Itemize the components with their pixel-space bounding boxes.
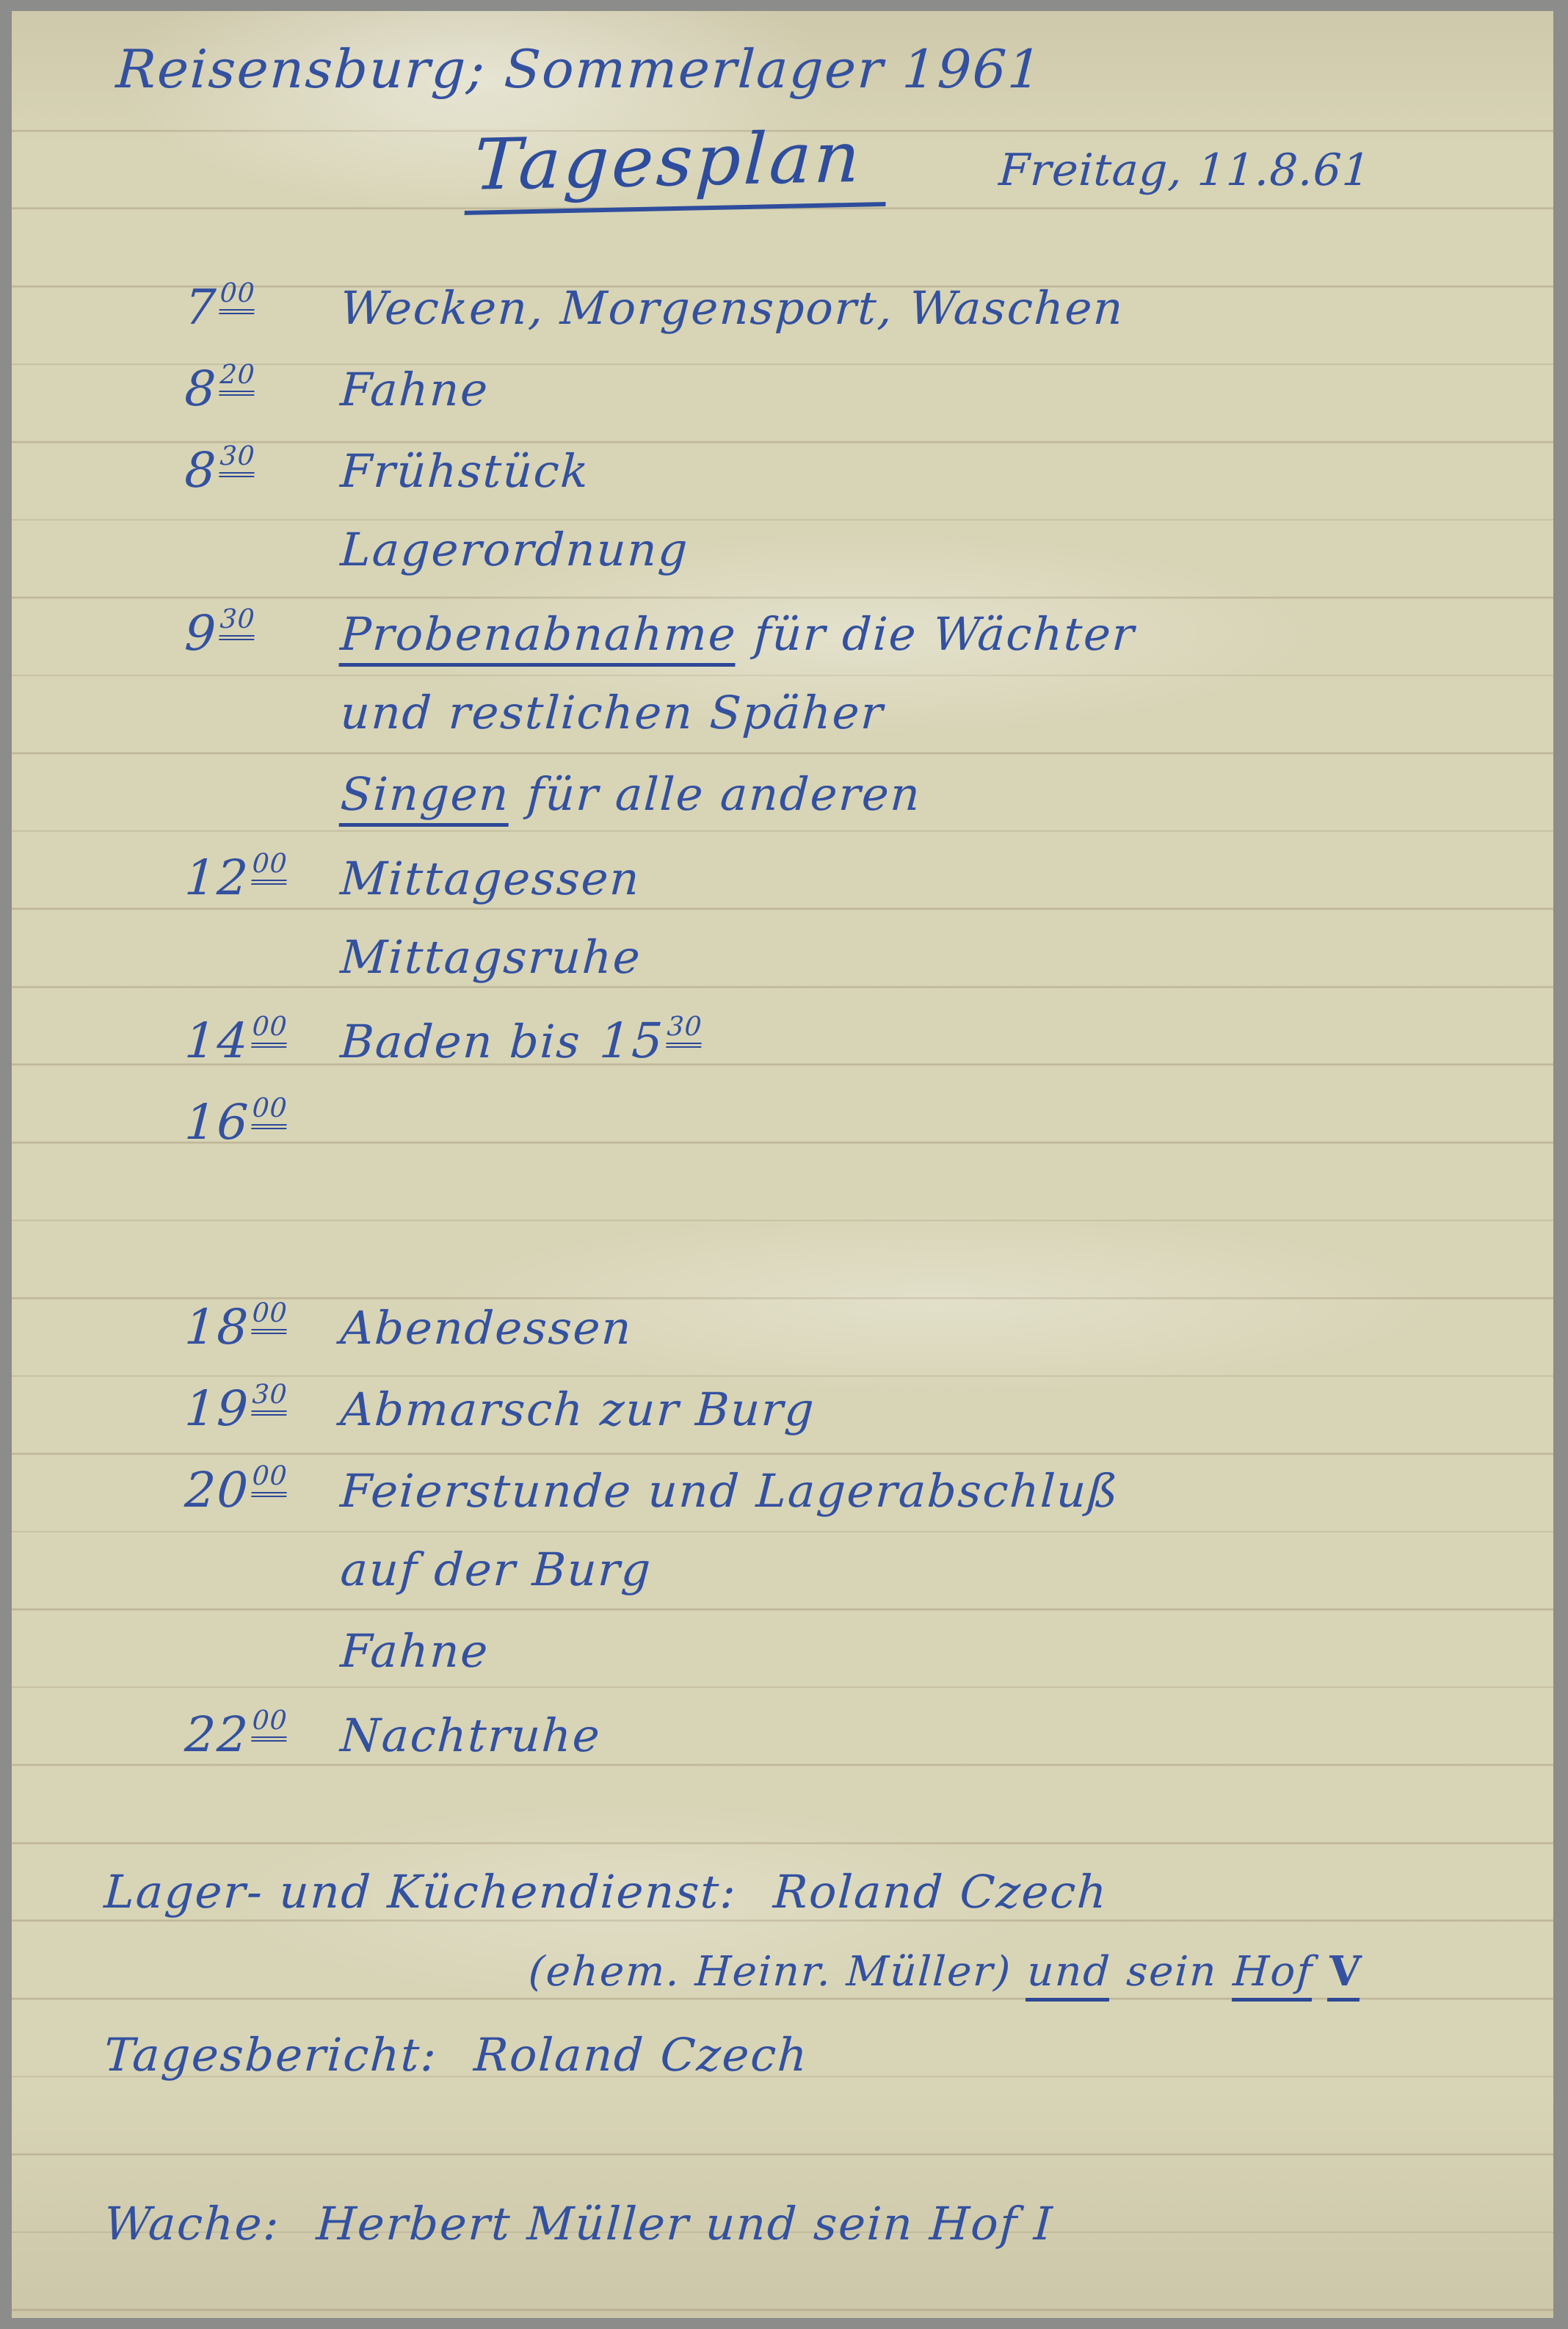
activity-text: und restlichen Späher (339, 686, 885, 739)
blank-gap (12, 1787, 1553, 1865)
scanned-handwritten-schedule: { "colors": { "paper": "#d8d4b6", "ink":… (0, 0, 1568, 2329)
hof-number: V (1327, 1947, 1362, 2002)
assignments-section: Lager- und Küchendienst: Roland Czech (e… (12, 1865, 1553, 2279)
former-holder-note: (ehem. Heinr. Müller) (527, 1948, 1012, 1996)
until-minutes: 30 (666, 1012, 703, 1048)
activity-text-rest: für die Wächter (752, 607, 1136, 661)
guard-duty-text: Herbert Müller und sein Hof I (315, 2197, 1055, 2250)
kitchen-duty-note-line: (ehem. Heinr. Müller) und sein Hof V (526, 1947, 1558, 2028)
time-label: 1800 (184, 1298, 342, 1355)
schedule-row-1400: 1400 Baden bis1530 (12, 1012, 1558, 1093)
kitchen-duty-label: Lager- und Küchendienst: (103, 1865, 738, 1919)
underlined-word: Singen (339, 767, 512, 827)
activity-text: Singenfür alle anderen (339, 767, 923, 821)
activity-text: Feierstunde und Lagerabschluß (339, 1464, 1121, 1518)
schedule-row-2000: 2000 Feierstunde und Lagerabschluß (12, 1461, 1558, 1543)
date-label: Freitag, 11.8.61 (998, 145, 1372, 196)
activity-text: Frühstück (339, 444, 591, 498)
time-label: 820 (184, 360, 342, 417)
schedule-row-1200: 1200 Mittagessen (12, 849, 1558, 930)
underlined-word: und (1026, 1948, 1112, 2002)
activity-text: Fahne (339, 1624, 490, 1678)
activity-text: Wecken, Morgensport, Waschen (339, 281, 1125, 335)
activity-text: Probenabnahmefür die Wächter (339, 607, 1137, 661)
time-label: 700 (184, 278, 342, 336)
notepaper: Reisensburg; Sommerlager 1961 Tagesplan … (12, 11, 1553, 2318)
blank-gap (12, 1175, 1553, 1298)
page-title: Tagesplan (465, 115, 890, 215)
time-label: 1600 (184, 1093, 342, 1151)
activity-text: auf der Burg (339, 1543, 653, 1596)
schedule-row-0820: 820 Fahne (12, 360, 1558, 441)
activity-text: Nachtruhe (339, 1709, 603, 1762)
note-word: sein (1125, 1948, 1219, 1996)
schedule-row-0700: 700 Wecken, Morgensport, Waschen (12, 278, 1558, 360)
schedule-row-2200: 2200 Nachtruhe (12, 1706, 1558, 1787)
guard-duty-label: Wache: (103, 2197, 281, 2250)
activity-text: Fahne (339, 363, 490, 416)
schedule-row-spaeher: und restlichen Späher (12, 686, 1558, 767)
schedule-row-1600: 1600 (12, 1093, 1558, 1175)
activity-text: Mittagessen (339, 852, 642, 905)
daily-report-name: Roland Czech (473, 2028, 810, 2082)
activity-text-rest: für alle anderen (526, 767, 923, 821)
schedule-row-auf-der-burg: auf der Burg (12, 1543, 1558, 1624)
activity-text: Baden bis1530 (339, 1012, 703, 1069)
schedule-row-1800: 1800 Abendessen (12, 1298, 1558, 1380)
time-label: 1930 (184, 1380, 342, 1437)
time-label: 1200 (184, 849, 342, 906)
time-label: 830 (184, 441, 342, 499)
underlined-word: Probenabnahme (338, 607, 738, 667)
guard-duty-line: Wache: Herbert Müller und sein Hof I (101, 2197, 1558, 2279)
schedule-row-0830: 830 Frühstück (12, 441, 1558, 523)
time-label: 930 (184, 604, 342, 662)
activity-text-main: Baden bis (339, 1015, 583, 1068)
time-label: 1400 (184, 1012, 342, 1069)
schedule-row-1930: 1930 Abmarsch zur Burg (12, 1380, 1558, 1461)
header-location-line: Reisensburg; Sommerlager 1961 (115, 37, 1557, 101)
daily-report-line: Tagesbericht: Roland Czech (101, 2028, 1558, 2110)
until-hour: 15 (598, 1013, 666, 1069)
time-label: 2200 (184, 1706, 342, 1763)
underlined-word: Hof (1232, 1948, 1315, 2002)
activity-text: Abmarsch zur Burg (339, 1383, 817, 1436)
kitchen-duty-name: Roland Czech (772, 1865, 1109, 1919)
kitchen-duty-line: Lager- und Küchendienst: Roland Czech (101, 1865, 1558, 1947)
activity-text: Lagerordnung (339, 523, 690, 576)
schedule-row-singen: Singenfür alle anderen (12, 767, 1558, 849)
time-label: 2000 (184, 1461, 342, 1518)
activity-text: Mittagsruhe (339, 930, 643, 984)
activity-text: Abendessen (339, 1301, 634, 1355)
daily-report-label: Tagesbericht: (103, 2028, 439, 2082)
schedule-list: 700 Wecken, Morgensport, Waschen 820 Fah… (12, 278, 1553, 1787)
schedule-row-mittagsruhe: Mittagsruhe (12, 930, 1558, 1012)
schedule-row-fahne: Fahne (12, 1624, 1558, 1706)
title-row: Tagesplan Freitag, 11.8.61 (467, 120, 1553, 230)
schedule-row-lagerordnung: Lagerordnung (12, 523, 1558, 604)
schedule-row-0930: 930 Probenabnahmefür die Wächter (12, 604, 1558, 686)
